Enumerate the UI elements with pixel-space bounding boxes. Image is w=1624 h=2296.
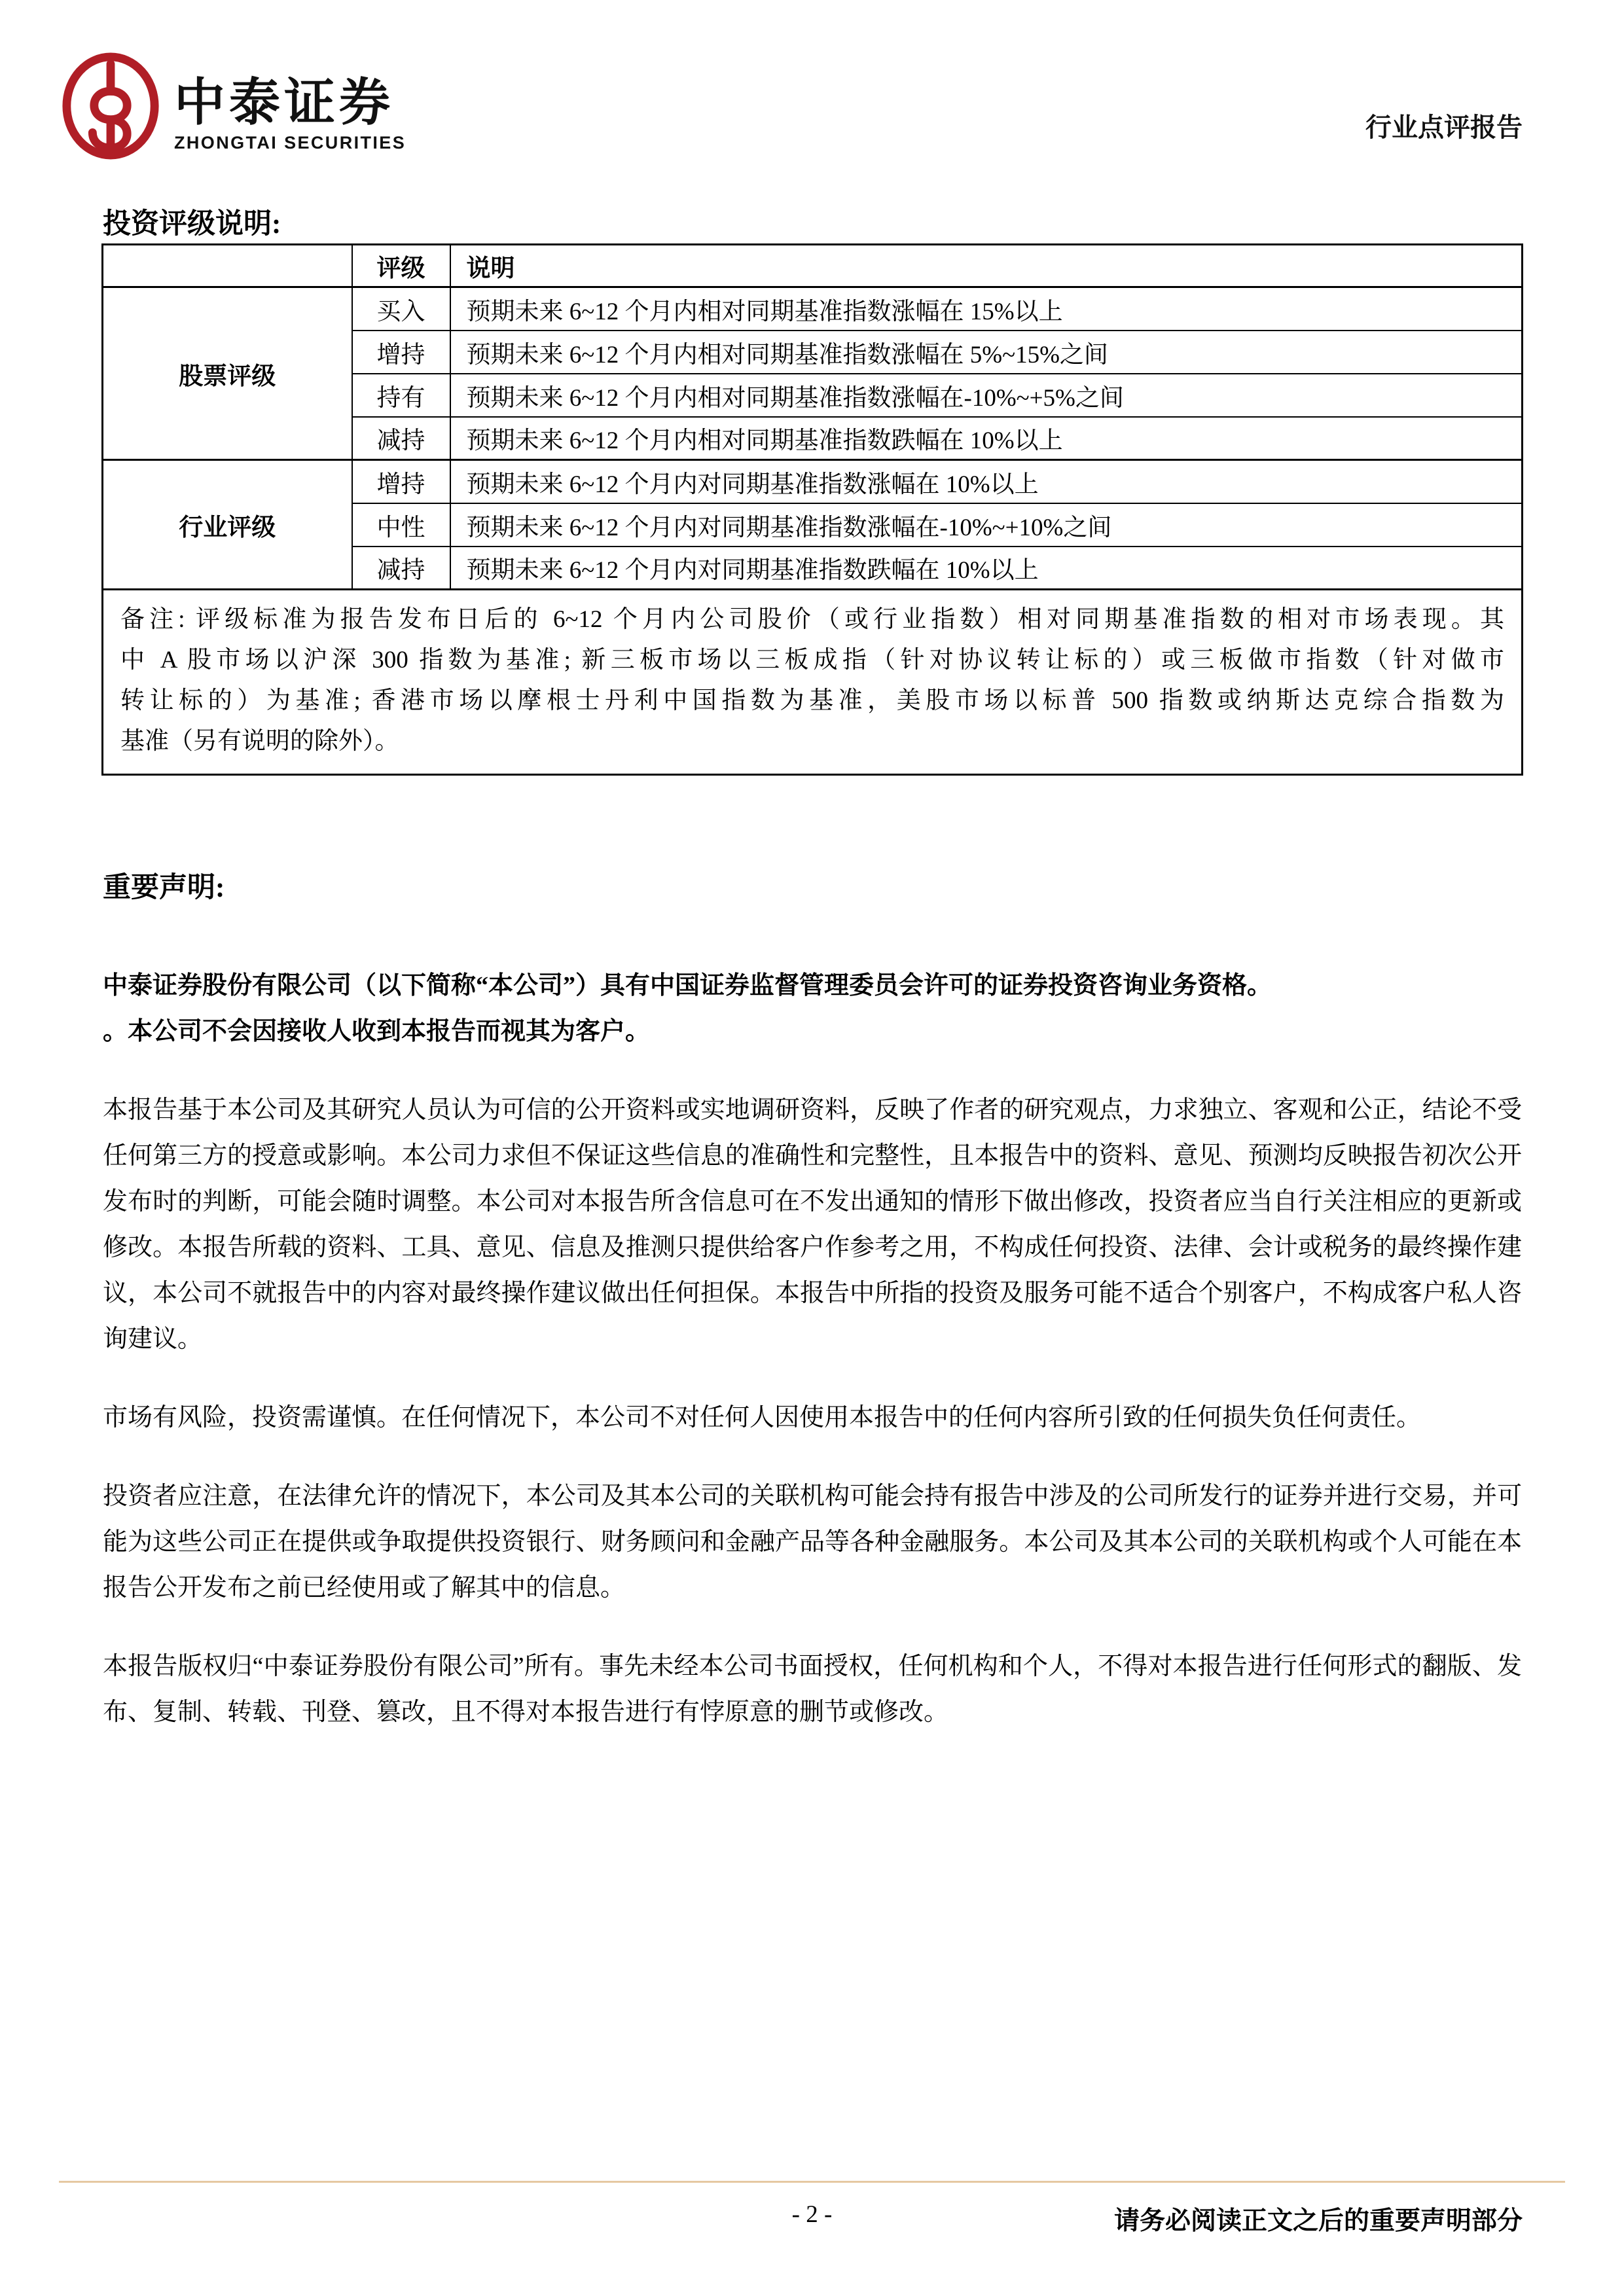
- desc-col-header: 说明: [450, 245, 1523, 287]
- zhongtai-logo-icon: [59, 51, 162, 161]
- group-label-stock: 股票评级: [103, 287, 352, 460]
- footer-notice: 请务必阅读正文之后的重要声明部分: [1114, 2200, 1523, 2237]
- desc-cell: 预期未来 6~12 个月内对同期基准指数涨幅在-10%~+10%之间: [450, 503, 1523, 547]
- logo-text: 中泰证券 ZHONGTAI SECURITIES: [174, 59, 406, 154]
- rating-col-header: 评级: [352, 245, 450, 287]
- statement-title: 重要声明:: [103, 865, 1522, 905]
- rating-table-header-row: 评级 说明: [103, 245, 1523, 287]
- statement-paragraph: 本报告基于本公司及其研究人员认为可信的公开资料或实地调研资料，反映了作者的研究观…: [103, 1087, 1522, 1362]
- lead-line: 。本公司不会因接收人收到本报告而视其为客户。: [103, 1009, 1522, 1054]
- desc-cell: 预期未来 6~12 个月内对同期基准指数涨幅在 10%以上: [450, 460, 1523, 503]
- table-row: 行业评级 增持 预期未来 6~12 个月内对同期基准指数涨幅在 10%以上: [103, 460, 1523, 503]
- report-type-label: 行业点评报告: [1365, 107, 1523, 144]
- report-page: 中泰证券 ZHONGTAI SECURITIES 行业点评报告 投资评级说明: …: [0, 0, 1624, 2296]
- desc-cell: 预期未来 6~12 个月内相对同期基准指数涨幅在 15%以上: [450, 287, 1523, 331]
- brand-name-cn: 中泰证券: [174, 76, 406, 130]
- rating-cell: 买入: [352, 287, 450, 331]
- statement-paragraph: 投资者应注意，在法律允许的情况下，本公司及其本公司的关联机构可能会持有报告中涉及…: [103, 1473, 1522, 1611]
- page-header: 中泰证券 ZHONGTAI SECURITIES 行业点评报告: [59, 51, 1523, 162]
- rating-cell: 持有: [352, 374, 450, 417]
- lead-line: 中泰证券股份有限公司（以下简称“本公司”）具有中国证券监督管理委员会许可的证券投…: [103, 963, 1522, 1009]
- note-line: 备注: 评级标准为报告发布日后的 6~12 个月内公司股价（或行业指数）相对同期…: [120, 600, 1504, 640]
- important-statement-section: 重要声明: 中泰证券股份有限公司（以下简称“本公司”）具有中国证券监督管理委员会…: [103, 865, 1522, 1768]
- rating-table-corner-cell: [103, 245, 352, 287]
- desc-cell: 预期未来 6~12 个月内相对同期基准指数涨幅在 5%~15%之间: [450, 331, 1523, 374]
- rating-cell: 减持: [352, 547, 450, 590]
- desc-cell: 预期未来 6~12 个月内相对同期基准指数涨幅在-10%~+5%之间: [450, 374, 1523, 417]
- note-line: 基准（另有说明的除外）。: [120, 721, 1504, 762]
- rating-table: 评级 说明 股票评级 买入 预期未来 6~12 个月内相对同期基准指数涨幅在 1…: [101, 243, 1523, 776]
- rating-cell: 增持: [352, 460, 450, 503]
- note-line: 转让标的）为基准; 香港市场以摩根士丹利中国指数为基准，美股市场以标普 500 …: [120, 681, 1504, 721]
- rating-cell: 减持: [352, 417, 450, 460]
- note-line: 中 A 股市场以沪深 300 指数为基准; 新三板市场以三板成指（针对协议转让标…: [120, 640, 1504, 681]
- rating-cell: 中性: [352, 503, 450, 547]
- page-footer: - 2 - 请务必阅读正文之后的重要声明部分: [101, 2200, 1523, 2240]
- desc-cell: 预期未来 6~12 个月内对同期基准指数跌幅在 10%以上: [450, 547, 1523, 590]
- group-label-industry: 行业评级: [103, 460, 352, 590]
- brand-name-en: ZHONGTAI SECURITIES: [174, 133, 406, 153]
- table-row: 股票评级 买入 预期未来 6~12 个月内相对同期基准指数涨幅在 15%以上: [103, 287, 1523, 331]
- desc-cell: 预期未来 6~12 个月内相对同期基准指数跌幅在 10%以上: [450, 417, 1523, 460]
- statement-paragraph: 市场有风险，投资需谨慎。在任何情况下，本公司不对任何人因使用本报告中的任何内容所…: [103, 1395, 1522, 1441]
- statement-paragraph: 本报告版权归“中泰证券股份有限公司”所有。事先未经本公司书面授权，任何机构和个人…: [103, 1643, 1522, 1735]
- rating-note-row: 备注: 评级标准为报告发布日后的 6~12 个月内公司股价（或行业指数）相对同期…: [103, 590, 1523, 775]
- rating-note-cell: 备注: 评级标准为报告发布日后的 6~12 个月内公司股价（或行业指数）相对同期…: [103, 590, 1523, 775]
- statement-lead-paragraph: 中泰证券股份有限公司（以下简称“本公司”）具有中国证券监督管理委员会许可的证券投…: [103, 963, 1522, 1054]
- rating-cell: 增持: [352, 331, 450, 374]
- rating-section-title: 投资评级说明:: [103, 202, 281, 242]
- footer-divider: [59, 2181, 1565, 2183]
- zhongtai-logo: 中泰证券 ZHONGTAI SECURITIES: [59, 51, 406, 161]
